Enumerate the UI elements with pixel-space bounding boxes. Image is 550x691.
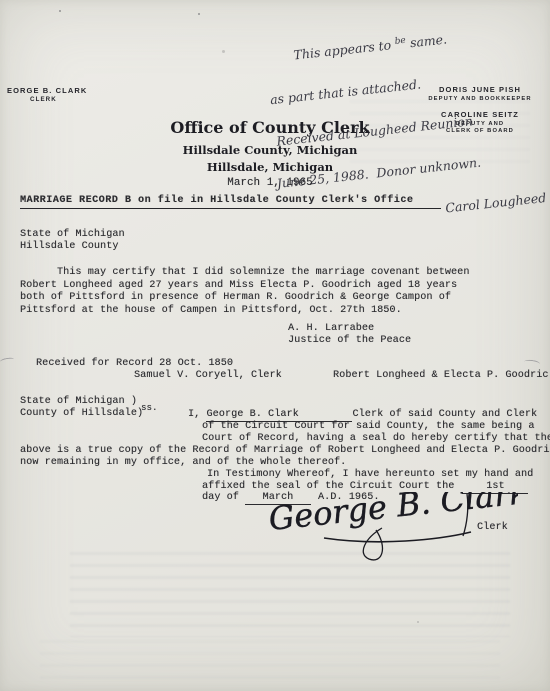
received-line: Received for Record 28 Oct. 1850 <box>36 358 233 370</box>
record-title: MARRIAGE RECORD B on file in Hillsdale C… <box>20 195 441 207</box>
deputy-title: CLERK OF BOARD <box>418 128 542 134</box>
body-line: Pittsford at the house of Campen in Pitt… <box>20 305 402 317</box>
stray-pen-mark <box>524 359 541 367</box>
officiant-title: Justice of the Peace <box>288 335 411 347</box>
letterhead-clerk-title: CLERK <box>30 96 57 103</box>
deputy-name: DORIS JUNE PISH <box>418 85 542 94</box>
cert-line: Court of Record, having a seal do hereby… <box>202 433 550 445</box>
deputy-title: DEPUTY AND BOOKKEEPER <box>418 96 542 102</box>
cert-state: State of Michigan ) <box>20 396 137 408</box>
body-line: both of Pittsford in presence of Herman … <box>20 292 451 304</box>
office-title: Office of County Clerk <box>120 118 420 137</box>
cert-ss: ss. <box>141 402 158 414</box>
dust-speck <box>59 10 61 12</box>
letter-date: March 1, 1965 <box>120 177 420 189</box>
dust-speck <box>222 50 225 53</box>
cert-line: In Testimony Whereof, I have hereunto se… <box>207 469 533 481</box>
note-line: This appears to be same. <box>293 17 550 63</box>
state-heading-line: Hillsdale County <box>20 241 119 253</box>
recording-clerk: Samuel V. Coryell, Clerk <box>134 370 282 382</box>
officiant-name: A. H. Larrabee <box>288 323 374 335</box>
cert-line: above is a true copy of the Record of Ma… <box>20 445 550 457</box>
deputy-name: CAROLINE SEITZ <box>418 110 542 119</box>
letterhead-deputies: DORIS JUNE PISH DEPUTY AND BOOKKEEPER CA… <box>418 85 542 134</box>
stray-pen-mark <box>0 357 14 364</box>
state-heading-line: State of Michigan <box>20 229 125 241</box>
note-signoff: Carol Lougheed Mil <box>445 187 550 215</box>
body-line: Robert Longheed aged 27 years and Miss E… <box>20 280 457 292</box>
dust-speck <box>417 621 419 623</box>
couple-names: Robert Longheed & Electa P. Goodric <box>333 370 549 382</box>
signature-george-b-clark: George B. Clark <box>258 492 518 577</box>
dust-speck <box>198 13 200 15</box>
scanned-marriage-record-page: This appears to be same. as part that is… <box>0 0 550 691</box>
bleedthrough-smudge <box>40 640 500 680</box>
signature-descender-loop <box>363 528 382 560</box>
cert-line: now remaining in my office, and of the w… <box>20 457 346 469</box>
letterhead: Office of County Clerk Hillsdale County,… <box>120 118 420 189</box>
letterhead-clerk-name: EORGE B. CLARK <box>7 86 87 95</box>
signature-label: Clerk <box>477 522 508 534</box>
office-subtitle-county: Hillsdale County, Michigan <box>120 143 420 157</box>
deputy-title: DEPUTY AND <box>418 121 542 127</box>
body-line: This may certify that I did solemnize th… <box>20 267 469 279</box>
signature-underline-flourish <box>324 532 471 542</box>
office-subtitle-city: Hillsdale, Michigan <box>120 160 420 174</box>
cert-county: County of Hillsdale) <box>20 408 143 420</box>
cert-line: of the Circuit Court for said County, th… <box>202 421 535 433</box>
